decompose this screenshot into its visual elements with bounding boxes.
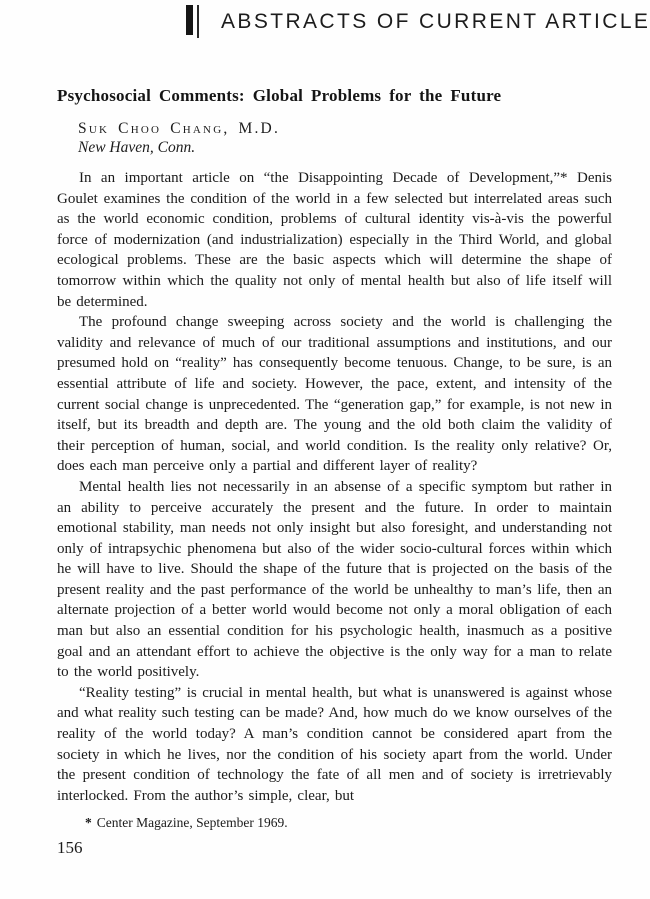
page-header: ABSTRACTS OF CURRENT ARTICLES — [186, 5, 650, 39]
paragraph-4: “Reality testing” is crucial in mental h… — [57, 683, 612, 807]
paragraph-3: Mental health lies not necessarily in an… — [57, 477, 612, 683]
article-body: In an important article on “the Disappoi… — [57, 168, 612, 806]
running-head: ABSTRACTS OF CURRENT ARTICLES — [221, 10, 650, 34]
article-author-location: New Haven, Conn. — [57, 139, 612, 157]
footnote: *Center Magazine, September 1969. — [57, 815, 612, 831]
article: Psychosocial Comments: Global Problems f… — [0, 0, 650, 858]
section-mark-icon — [186, 5, 199, 39]
paragraph-1: In an important article on “the Disappoi… — [57, 168, 612, 312]
article-title: Psychosocial Comments: Global Problems f… — [57, 86, 612, 106]
footnote-text: Center Magazine, September 1969. — [97, 815, 288, 830]
page-number: 156 — [57, 838, 612, 858]
footnote-marker: * — [85, 815, 92, 830]
document-page: ABSTRACTS OF CURRENT ARTICLES Psychosoci… — [0, 0, 650, 899]
mark-thick-bar — [186, 5, 193, 35]
mark-thin-bar — [197, 5, 199, 38]
paragraph-2: The profound change sweeping across soci… — [57, 312, 612, 477]
article-author: Suk Choo Chang, M.D. — [57, 120, 612, 138]
